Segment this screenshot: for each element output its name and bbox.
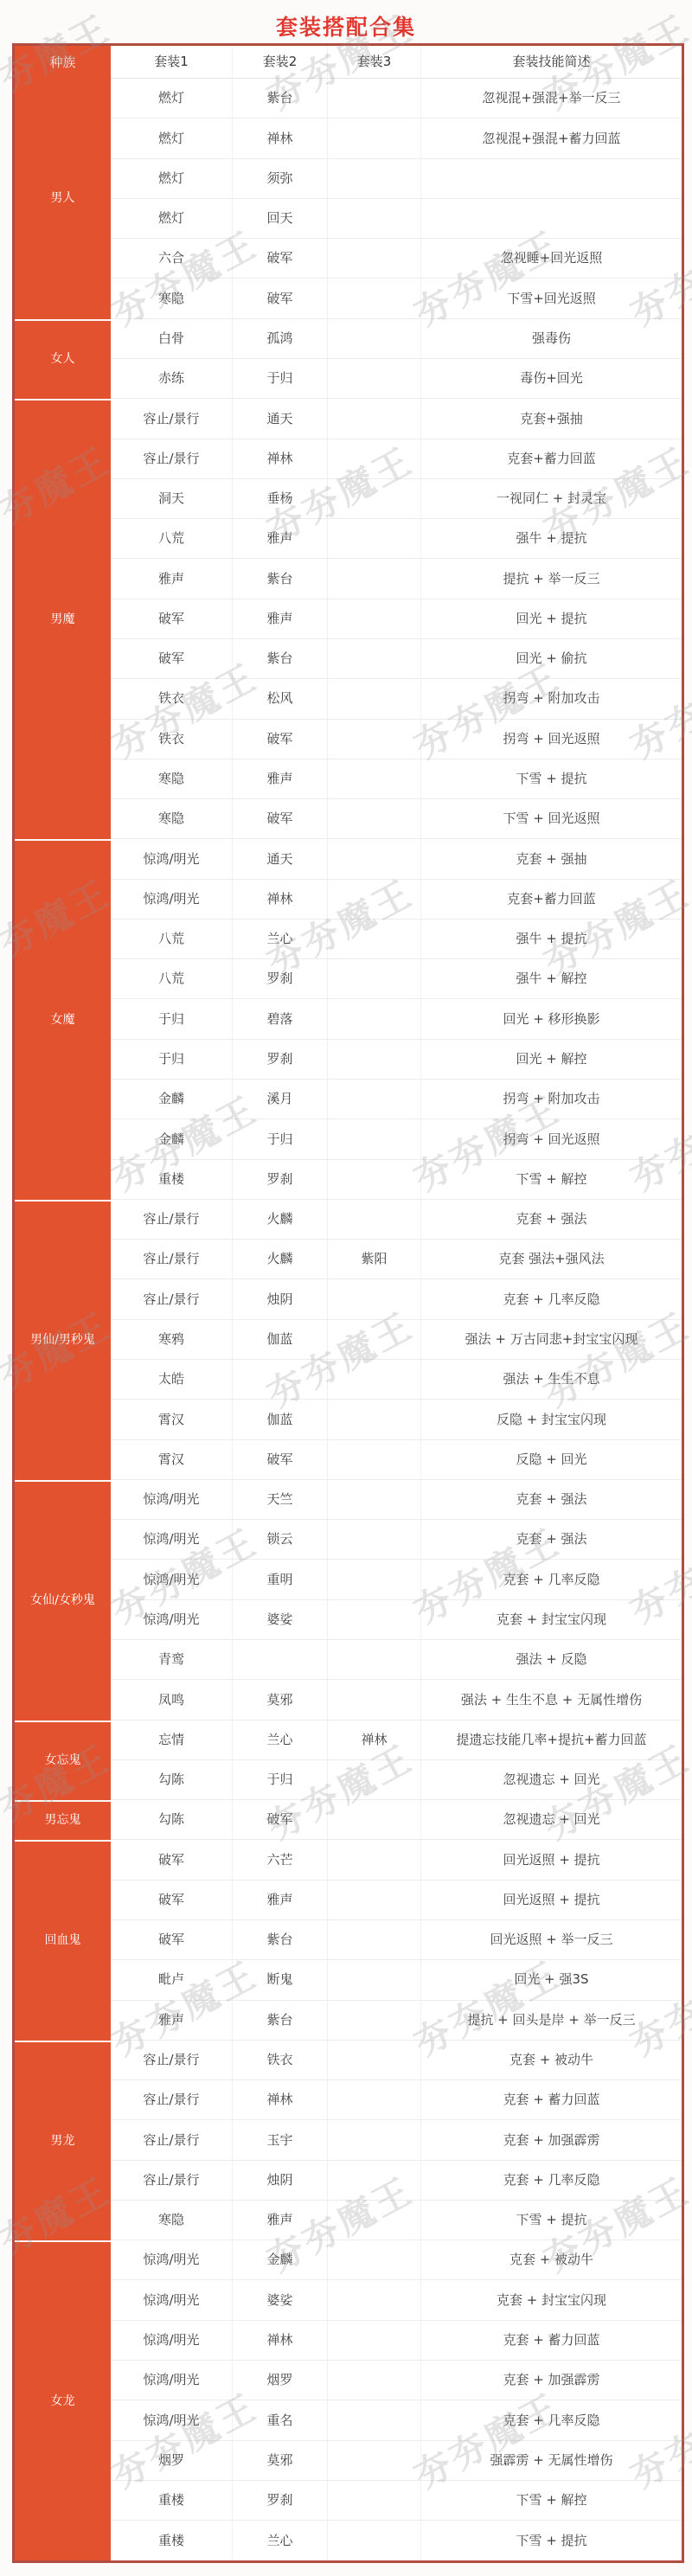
set3-cell <box>328 679 421 719</box>
set3-cell <box>328 799 421 839</box>
set2-cell: 兰心 <box>233 1721 328 1760</box>
set3-cell <box>328 639 421 679</box>
set3-cell <box>328 2321 421 2361</box>
set3-cell <box>328 839 421 879</box>
set2-cell: 雅声 <box>233 2201 328 2240</box>
set3-cell <box>328 1080 421 1119</box>
set3-cell <box>328 559 421 599</box>
skill-summary-cell <box>421 199 682 239</box>
set2-cell: 于归 <box>233 359 328 399</box>
skill-summary-cell: 回光 + 偷抗 <box>421 639 682 679</box>
set2-cell: 罗刹 <box>233 1160 328 1200</box>
set3-cell <box>328 880 421 920</box>
set3-cell <box>328 239 421 279</box>
set3-cell <box>328 1480 421 1520</box>
set3-cell <box>328 1160 421 1200</box>
race-cell: 男忘鬼 <box>15 1800 111 1840</box>
set2-cell: 禅林 <box>233 2080 328 2120</box>
set1-cell: 寒隐 <box>111 799 233 839</box>
set3-cell <box>328 1881 421 1920</box>
set1-cell: 惊鸿/明光 <box>111 1480 233 1520</box>
set3-cell <box>328 479 421 519</box>
set2-cell: 罗刹 <box>233 959 328 999</box>
skill-summary-cell: 拐弯 + 回光返照 <box>421 720 682 759</box>
set1-cell: 惊鸿/明光 <box>111 1560 233 1599</box>
skill-summary-cell: 克套 强法+强风法 <box>421 1240 682 1279</box>
set2-cell: 雅声 <box>233 759 328 799</box>
set3-cell <box>328 1800 421 1840</box>
set3-cell <box>328 1920 421 1960</box>
set2-cell: 松风 <box>233 679 328 719</box>
set2-cell: 莫邪 <box>233 2441 328 2481</box>
skill-summary-cell: 忽视混+强混+举一反三 <box>421 79 682 119</box>
set1-cell: 铁衣 <box>111 720 233 759</box>
set3-cell <box>328 2201 421 2240</box>
set2-cell: 伽蓝 <box>233 1400 328 1439</box>
set1-cell: 青鸾 <box>111 1640 233 1680</box>
set3-cell <box>328 2481 421 2521</box>
set1-cell: 容止/景行 <box>111 2080 233 2120</box>
set2-cell: 破军 <box>233 1800 328 1840</box>
skill-summary-cell: 反隐 + 封宝宝闪现 <box>421 1400 682 1439</box>
set2-cell: 紫台 <box>233 559 328 599</box>
set3-cell <box>328 159 421 199</box>
set1-cell: 容止/景行 <box>111 439 233 479</box>
skill-summary-cell: 强牛 + 提抗 <box>421 519 682 559</box>
skill-summary-cell: 强牛 + 解控 <box>421 959 682 999</box>
set2-cell: 火麟 <box>233 1240 328 1279</box>
set2-cell: 玉宇 <box>233 2120 328 2160</box>
set3-cell <box>328 1600 421 1640</box>
skill-summary-cell: 克套 + 蓄力回蓝 <box>421 2321 682 2361</box>
race-cell: 女魔 <box>15 839 111 1200</box>
skill-summary-cell: 克套+蓄力回蓝 <box>421 439 682 479</box>
set2-cell: 婆娑 <box>233 2280 328 2320</box>
set1-cell: 寒隐 <box>111 279 233 318</box>
race-cell: 女仙/女秒鬼 <box>15 1480 111 1721</box>
set3-cell <box>328 599 421 639</box>
race-cell: 男仙/男秒鬼 <box>15 1200 111 1480</box>
set2-cell: 禅林 <box>233 2321 328 2361</box>
set1-cell: 烟罗 <box>111 2441 233 2481</box>
set1-cell: 惊鸿/明光 <box>111 2361 233 2400</box>
skill-summary-cell: 克套 + 几率反隐 <box>421 2400 682 2440</box>
set2-cell: 铁衣 <box>233 2041 328 2080</box>
skill-summary-cell: 克套 + 强法 <box>421 1520 682 1560</box>
skill-summary-cell: 克套 + 几率反隐 <box>421 1279 682 1319</box>
race-cell: 女龙 <box>15 2240 111 2560</box>
skill-summary-cell: 强法 + 反隐 <box>421 1640 682 1680</box>
race-cell: 男龙 <box>15 2041 111 2240</box>
set1-cell: 容止/景行 <box>111 1200 233 1240</box>
set1-cell: 惊鸿/明光 <box>111 1520 233 1560</box>
skill-summary-cell: 回光 + 强3S <box>421 1960 682 2000</box>
set1-cell: 破军 <box>111 639 233 679</box>
set3-cell <box>328 1320 421 1360</box>
skill-summary-cell: 克套 + 强抽 <box>421 839 682 879</box>
set1-cell: 重楼 <box>111 1160 233 1200</box>
set2-cell: 雅声 <box>233 1881 328 1920</box>
set1-cell: 六合 <box>111 239 233 279</box>
skill-summary-cell <box>421 159 682 199</box>
set3-cell <box>328 1279 421 1319</box>
set2-cell: 烟罗 <box>233 2361 328 2400</box>
set2-cell: 紫台 <box>233 1920 328 1960</box>
set2-cell: 紫台 <box>233 79 328 119</box>
set1-cell: 于归 <box>111 1040 233 1080</box>
set2-cell: 重明 <box>233 1560 328 1599</box>
skill-summary-cell: 提遗忘技能几率+提抗+蓄力回蓝 <box>421 1721 682 1760</box>
skill-summary-cell: 回光 + 移形换影 <box>421 999 682 1039</box>
race-column-header: 种族 <box>15 46 111 79</box>
set3-cell <box>328 920 421 959</box>
set1-cell: 容止/景行 <box>111 1240 233 1279</box>
skill-summary-cell: 下雪 + 提抗 <box>421 2521 682 2560</box>
set1-cell: 勾陈 <box>111 1760 233 1800</box>
set2-cell: 溪月 <box>233 1080 328 1119</box>
set1-cell: 凤鸣 <box>111 1680 233 1720</box>
set1-cell: 洞天 <box>111 479 233 519</box>
set1-cell: 寒鸦 <box>111 1320 233 1360</box>
set2-cell: 六芒 <box>233 1840 328 1880</box>
set1-cell: 燃灯 <box>111 159 233 199</box>
set1-cell: 破军 <box>111 1881 233 1920</box>
skill-summary-cell: 克套 + 加强霹雳 <box>421 2120 682 2160</box>
set2-cell: 断鬼 <box>233 1960 328 2000</box>
skill-summary-cell: 克套 + 蓄力回蓝 <box>421 2080 682 2120</box>
set2-cell: 婆娑 <box>233 1600 328 1640</box>
set3-cell <box>328 1200 421 1240</box>
set3-cell <box>328 720 421 759</box>
set1-cell: 白骨 <box>111 319 233 359</box>
set1-cell: 惊鸿/明光 <box>111 1600 233 1640</box>
set3-cell <box>328 1960 421 2000</box>
set-match-table: 种族套装1套装2套装3套装技能简述男人燃灯紫台忽视混+强混+举一反三燃灯禅林忽视… <box>12 43 684 2563</box>
set1-cell: 惊鸿/明光 <box>111 2240 233 2280</box>
set3-cell <box>328 2240 421 2280</box>
skill-summary-cell: 强霹雳 + 无属性增伤 <box>421 2441 682 2481</box>
set3-cell <box>328 2280 421 2320</box>
skill-summary-cell: 拐弯 + 回光返照 <box>421 1119 682 1159</box>
set3-cell <box>328 759 421 799</box>
set3-cell <box>328 1520 421 1560</box>
set1-cell: 破军 <box>111 1840 233 1880</box>
skill-summary-cell: 下雪 + 解控 <box>421 1160 682 1200</box>
set1-cell: 太皓 <box>111 1360 233 1400</box>
skill-summary-cell: 提抗 + 举一反三 <box>421 559 682 599</box>
skill-summary-cell: 毒伤+回光 <box>421 359 682 399</box>
skill-summary-cell: 克套 + 加强霹雳 <box>421 2361 682 2400</box>
set3-cell: 禅林 <box>328 1721 421 1760</box>
set1-cell: 寒隐 <box>111 2201 233 2240</box>
set2-cell: 烛阴 <box>233 1279 328 1319</box>
skill-summary-cell: 克套 + 被动牛 <box>421 2240 682 2280</box>
set1-cell: 破军 <box>111 599 233 639</box>
skill-summary-cell: 忽视遗忘 + 回光 <box>421 1800 682 1840</box>
set2-cell: 碧落 <box>233 999 328 1039</box>
set1-cell: 容止/景行 <box>111 2161 233 2201</box>
set2-cell: 紫台 <box>233 639 328 679</box>
set3-cell <box>328 959 421 999</box>
set2-cell: 破军 <box>233 720 328 759</box>
set1-cell: 霄汉 <box>111 1400 233 1439</box>
set2-cell: 禅林 <box>233 439 328 479</box>
set2-cell: 回天 <box>233 199 328 239</box>
set1-cell: 惊鸿/明光 <box>111 2321 233 2361</box>
skill-summary-cell: 回光返照 + 提抗 <box>421 1840 682 1880</box>
set3-cell <box>328 2080 421 2120</box>
skill-summary-cell: 回光 + 解控 <box>421 1040 682 1080</box>
set1-cell: 寒隐 <box>111 759 233 799</box>
skill-summary-cell: 提抗 + 回头是岸 + 举一反三 <box>421 2001 682 2041</box>
skill-summary-cell: 回光 + 提抗 <box>421 599 682 639</box>
set3-cell <box>328 199 421 239</box>
column-header: 套装2 <box>233 46 328 79</box>
skill-summary-cell: 克套+强抽 <box>421 399 682 439</box>
race-cell: 女忘鬼 <box>15 1721 111 1801</box>
set2-cell: 破军 <box>233 799 328 839</box>
set1-cell: 破军 <box>111 1920 233 1960</box>
set3-cell <box>328 439 421 479</box>
set1-cell: 燃灯 <box>111 79 233 119</box>
set3-cell <box>328 2521 421 2560</box>
skill-summary-cell: 下雪 + 回光返照 <box>421 799 682 839</box>
skill-summary-cell: 拐弯 + 附加攻击 <box>421 1080 682 1119</box>
set2-cell: 通天 <box>233 399 328 439</box>
skill-summary-cell: 克套 + 几率反隐 <box>421 1560 682 1599</box>
set3-cell <box>328 2120 421 2160</box>
skill-summary-cell: 下雪 + 提抗 <box>421 759 682 799</box>
skill-summary-cell: 克套 + 几率反隐 <box>421 2161 682 2201</box>
set2-cell: 锁云 <box>233 1520 328 1560</box>
set3-cell <box>328 399 421 439</box>
set3-cell <box>328 1400 421 1439</box>
column-header: 套装3 <box>328 46 421 79</box>
set1-cell: 金麟 <box>111 1080 233 1119</box>
set2-cell: 雅声 <box>233 599 328 639</box>
set1-cell: 惊鸿/明光 <box>111 2400 233 2440</box>
set2-cell: 烛阴 <box>233 2161 328 2201</box>
race-cell: 男魔 <box>15 399 111 839</box>
set3-cell <box>328 279 421 318</box>
set2-cell: 火麟 <box>233 1200 328 1240</box>
set1-cell: 于归 <box>111 999 233 1039</box>
set1-cell: 惊鸿/明光 <box>111 2280 233 2320</box>
skill-summary-cell: 回光返照 + 举一反三 <box>421 1920 682 1960</box>
set2-cell: 禅林 <box>233 119 328 158</box>
set1-cell: 忘情 <box>111 1721 233 1760</box>
set2-cell <box>233 1360 328 1400</box>
set2-cell <box>233 1640 328 1680</box>
set3-cell <box>328 1119 421 1159</box>
skill-summary-cell: 下雪+回光返照 <box>421 279 682 318</box>
set1-cell: 容止/景行 <box>111 399 233 439</box>
set3-cell <box>328 1440 421 1480</box>
skill-summary-cell: 忽视混+强混+蓄力回蓝 <box>421 119 682 158</box>
set1-cell: 赤练 <box>111 359 233 399</box>
set2-cell: 莫邪 <box>233 1680 328 1720</box>
set3-cell <box>328 2361 421 2400</box>
page-title: 套装搭配合集 <box>0 0 692 42</box>
skill-summary-cell: 克套 + 强法 <box>421 1480 682 1520</box>
skill-summary-cell: 强法 + 生生不息 + 无属性增伤 <box>421 1680 682 1720</box>
set1-cell: 燃灯 <box>111 119 233 158</box>
set2-cell: 孤鸿 <box>233 319 328 359</box>
set3-cell <box>328 2400 421 2440</box>
set1-cell: 八荒 <box>111 959 233 999</box>
set2-cell: 破军 <box>233 239 328 279</box>
set3-cell <box>328 1360 421 1400</box>
skill-summary-cell: 忽视遗忘 + 回光 <box>421 1760 682 1800</box>
set2-cell: 紫台 <box>233 2001 328 2041</box>
skill-summary-cell: 下雪 + 解控 <box>421 2481 682 2521</box>
set3-cell <box>328 119 421 158</box>
race-cell: 女人 <box>15 319 111 400</box>
set2-cell: 禅林 <box>233 880 328 920</box>
set1-cell: 容止/景行 <box>111 2120 233 2160</box>
set2-cell: 天竺 <box>233 1480 328 1520</box>
skill-summary-cell: 反隐 + 回光 <box>421 1440 682 1480</box>
set2-cell: 于归 <box>233 1119 328 1159</box>
skill-summary-cell: 强牛 + 提抗 <box>421 920 682 959</box>
set3-cell <box>328 359 421 399</box>
set3-cell <box>328 1840 421 1880</box>
set1-cell: 铁衣 <box>111 679 233 719</box>
set1-cell: 雅声 <box>111 2001 233 2041</box>
set2-cell: 重名 <box>233 2400 328 2440</box>
skill-summary-cell: 克套 + 封宝宝闪现 <box>421 2280 682 2320</box>
set1-cell: 霄汉 <box>111 1440 233 1480</box>
skill-summary-cell: 克套 + 封宝宝闪现 <box>421 1600 682 1640</box>
set3-cell <box>328 79 421 119</box>
skill-summary-cell: 克套 + 被动牛 <box>421 2041 682 2080</box>
set1-cell: 八荒 <box>111 519 233 559</box>
set3-cell <box>328 1040 421 1080</box>
race-cell: 男人 <box>15 79 111 319</box>
skill-summary-cell: 忽视睡+回光返照 <box>421 239 682 279</box>
set1-cell: 容止/景行 <box>111 2041 233 2080</box>
set2-cell: 通天 <box>233 839 328 879</box>
set3-cell <box>328 2441 421 2481</box>
skill-summary-cell: 克套+蓄力回蓝 <box>421 880 682 920</box>
set3-cell <box>328 1760 421 1800</box>
set2-cell: 于归 <box>233 1760 328 1800</box>
set3-cell <box>328 1680 421 1720</box>
set2-cell: 伽蓝 <box>233 1320 328 1360</box>
set3-cell <box>328 319 421 359</box>
set1-cell: 八荒 <box>111 920 233 959</box>
set3-cell <box>328 2001 421 2041</box>
column-header: 套装1 <box>111 46 233 79</box>
race-cell: 回血鬼 <box>15 1840 111 2040</box>
set2-cell: 罗刹 <box>233 2481 328 2521</box>
set2-cell: 须弥 <box>233 159 328 199</box>
skill-summary-cell: 回光返照 + 提抗 <box>421 1881 682 1920</box>
set2-cell: 罗刹 <box>233 1040 328 1080</box>
set1-cell: 勾陈 <box>111 1800 233 1840</box>
set3-cell <box>328 2161 421 2201</box>
set1-cell: 金麟 <box>111 1119 233 1159</box>
skill-summary-cell: 下雪 + 提抗 <box>421 2201 682 2240</box>
set2-cell: 雅声 <box>233 519 328 559</box>
set3-cell <box>328 1640 421 1680</box>
set2-cell: 兰心 <box>233 2521 328 2560</box>
set3-cell <box>328 1560 421 1599</box>
set1-cell: 雅声 <box>111 559 233 599</box>
skill-summary-cell: 强法 + 生生不息 <box>421 1360 682 1400</box>
set3-cell <box>328 2041 421 2080</box>
set1-cell: 重楼 <box>111 2481 233 2521</box>
set1-cell: 惊鸿/明光 <box>111 839 233 879</box>
column-header: 套装技能简述 <box>421 46 682 79</box>
skill-summary-cell: 克套 + 强法 <box>421 1200 682 1240</box>
skill-summary-cell: 强毒伤 <box>421 319 682 359</box>
set1-cell: 毗卢 <box>111 1960 233 2000</box>
set1-cell: 燃灯 <box>111 199 233 239</box>
skill-summary-cell: 一视同仁 + 封灵宝 <box>421 479 682 519</box>
set2-cell: 破军 <box>233 1440 328 1480</box>
set3-cell <box>328 999 421 1039</box>
set2-cell: 垂杨 <box>233 479 328 519</box>
set1-cell: 惊鸿/明光 <box>111 880 233 920</box>
skill-summary-cell: 拐弯 + 附加攻击 <box>421 679 682 719</box>
skill-summary-cell: 强法 + 万古同悲+封宝宝闪现 <box>421 1320 682 1360</box>
set3-cell <box>328 519 421 559</box>
set2-cell: 破军 <box>233 279 328 318</box>
set1-cell: 重楼 <box>111 2521 233 2560</box>
set1-cell: 容止/景行 <box>111 1279 233 1319</box>
set2-cell: 金麟 <box>233 2240 328 2280</box>
set3-cell: 紫阳 <box>328 1240 421 1279</box>
set2-cell: 兰心 <box>233 920 328 959</box>
